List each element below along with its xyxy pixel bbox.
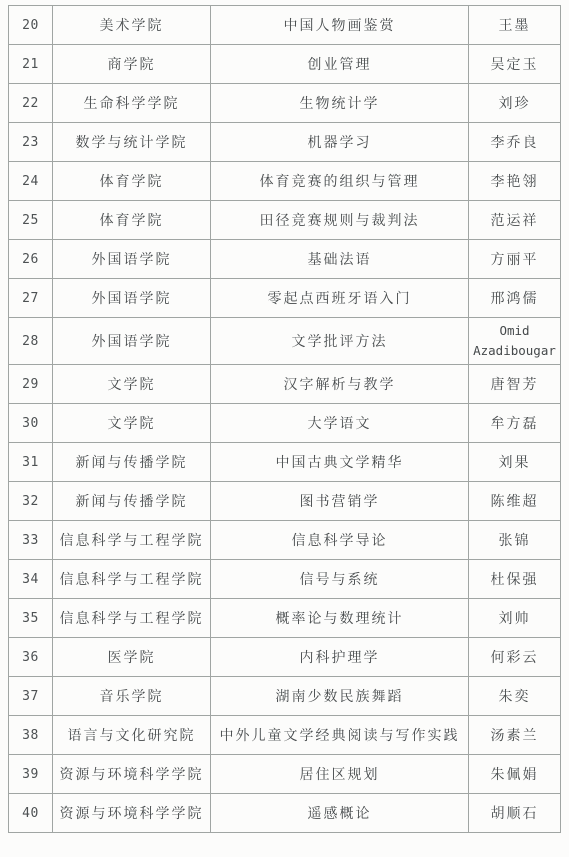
college-cell: 文学院: [53, 365, 211, 404]
row-number-cell: 27: [9, 279, 53, 318]
row-number-cell: 20: [9, 6, 53, 45]
course-cell: 基础法语: [211, 240, 469, 279]
college-cell: 体育学院: [53, 162, 211, 201]
college-cell: 语言与文化研究院: [53, 716, 211, 755]
row-number-cell: 39: [9, 755, 53, 794]
table-row: 20美术学院中国人物画鉴赏王墨: [9, 6, 561, 45]
scanned-page: 20美术学院中国人物画鉴赏王墨21商学院创业管理吴定玉22生命科学学院生物统计学…: [8, 5, 561, 833]
table-row: 40资源与环境科学学院遥感概论胡顺石: [9, 794, 561, 833]
table-row: 23数学与统计学院机器学习李乔良: [9, 123, 561, 162]
college-cell: 医学院: [53, 638, 211, 677]
row-number-cell: 24: [9, 162, 53, 201]
teacher-cell: 范运祥: [469, 201, 561, 240]
teacher-cell: 李乔良: [469, 123, 561, 162]
row-number-cell: 30: [9, 404, 53, 443]
table-row: 25体育学院田径竞赛规则与裁判法范运祥: [9, 201, 561, 240]
course-table: 20美术学院中国人物画鉴赏王墨21商学院创业管理吴定玉22生命科学学院生物统计学…: [8, 5, 561, 833]
table-row: 31新闻与传播学院中国古典文学精华刘果: [9, 443, 561, 482]
row-number-cell: 38: [9, 716, 53, 755]
teacher-cell: 刘果: [469, 443, 561, 482]
course-cell: 中国古典文学精华: [211, 443, 469, 482]
table-row: 39资源与环境科学学院居住区规划朱佩娟: [9, 755, 561, 794]
course-cell: 遥感概论: [211, 794, 469, 833]
row-number-cell: 36: [9, 638, 53, 677]
row-number-cell: 22: [9, 84, 53, 123]
college-cell: 外国语学院: [53, 318, 211, 365]
course-cell: 居住区规划: [211, 755, 469, 794]
row-number-cell: 21: [9, 45, 53, 84]
row-number-cell: 37: [9, 677, 53, 716]
teacher-cell: 方丽平: [469, 240, 561, 279]
teacher-cell: 牟方磊: [469, 404, 561, 443]
table-row: 37音乐学院湖南少数民族舞蹈朱奕: [9, 677, 561, 716]
table-row: 30文学院大学语文牟方磊: [9, 404, 561, 443]
course-cell: 生物统计学: [211, 84, 469, 123]
table-row: 33信息科学与工程学院信息科学导论张锦: [9, 521, 561, 560]
teacher-cell: 李艳翎: [469, 162, 561, 201]
course-cell: 中国人物画鉴赏: [211, 6, 469, 45]
row-number-cell: 26: [9, 240, 53, 279]
college-cell: 资源与环境科学学院: [53, 755, 211, 794]
course-cell: 汉字解析与教学: [211, 365, 469, 404]
teacher-cell: 邢鸿儒: [469, 279, 561, 318]
teacher-cell: 王墨: [469, 6, 561, 45]
course-table-body: 20美术学院中国人物画鉴赏王墨21商学院创业管理吴定玉22生命科学学院生物统计学…: [9, 6, 561, 833]
college-cell: 信息科学与工程学院: [53, 560, 211, 599]
college-cell: 体育学院: [53, 201, 211, 240]
college-cell: 新闻与传播学院: [53, 443, 211, 482]
teacher-cell: 朱奕: [469, 677, 561, 716]
college-cell: 信息科学与工程学院: [53, 521, 211, 560]
course-cell: 中外儿童文学经典阅读与写作实践: [211, 716, 469, 755]
row-number-cell: 29: [9, 365, 53, 404]
teacher-cell: 胡顺石: [469, 794, 561, 833]
course-cell: 湖南少数民族舞蹈: [211, 677, 469, 716]
row-number-cell: 31: [9, 443, 53, 482]
college-cell: 音乐学院: [53, 677, 211, 716]
college-cell: 商学院: [53, 45, 211, 84]
table-row: 24体育学院体育竞赛的组织与管理李艳翎: [9, 162, 561, 201]
course-cell: 概率论与数理统计: [211, 599, 469, 638]
row-number-cell: 28: [9, 318, 53, 365]
course-cell: 信号与系统: [211, 560, 469, 599]
table-row: 28外国语学院文学批评方法Omid Azadibougar: [9, 318, 561, 365]
course-cell: 大学语文: [211, 404, 469, 443]
college-cell: 信息科学与工程学院: [53, 599, 211, 638]
table-row: 35信息科学与工程学院概率论与数理统计刘帅: [9, 599, 561, 638]
teacher-cell: 何彩云: [469, 638, 561, 677]
college-cell: 新闻与传播学院: [53, 482, 211, 521]
college-cell: 文学院: [53, 404, 211, 443]
table-row: 27外国语学院零起点西班牙语入门邢鸿儒: [9, 279, 561, 318]
table-row: 38语言与文化研究院中外儿童文学经典阅读与写作实践汤素兰: [9, 716, 561, 755]
table-row: 21商学院创业管理吴定玉: [9, 45, 561, 84]
teacher-cell: 吴定玉: [469, 45, 561, 84]
row-number-cell: 23: [9, 123, 53, 162]
teacher-cell: 朱佩娟: [469, 755, 561, 794]
teacher-cell: 杜保强: [469, 560, 561, 599]
college-cell: 数学与统计学院: [53, 123, 211, 162]
teacher-cell: 刘珍: [469, 84, 561, 123]
college-cell: 美术学院: [53, 6, 211, 45]
row-number-cell: 33: [9, 521, 53, 560]
college-cell: 外国语学院: [53, 240, 211, 279]
table-row: 32新闻与传播学院图书营销学陈维超: [9, 482, 561, 521]
teacher-cell: 张锦: [469, 521, 561, 560]
college-cell: 生命科学学院: [53, 84, 211, 123]
course-cell: 图书营销学: [211, 482, 469, 521]
course-cell: 田径竞赛规则与裁判法: [211, 201, 469, 240]
table-row: 36医学院内科护理学何彩云: [9, 638, 561, 677]
teacher-cell: 陈维超: [469, 482, 561, 521]
row-number-cell: 40: [9, 794, 53, 833]
row-number-cell: 32: [9, 482, 53, 521]
teacher-cell: 唐智芳: [469, 365, 561, 404]
table-row: 22生命科学学院生物统计学刘珍: [9, 84, 561, 123]
teacher-cell: Omid Azadibougar: [469, 318, 561, 365]
course-cell: 机器学习: [211, 123, 469, 162]
row-number-cell: 35: [9, 599, 53, 638]
course-cell: 创业管理: [211, 45, 469, 84]
table-row: 34信息科学与工程学院信号与系统杜保强: [9, 560, 561, 599]
course-cell: 文学批评方法: [211, 318, 469, 365]
course-cell: 信息科学导论: [211, 521, 469, 560]
teacher-cell: 刘帅: [469, 599, 561, 638]
college-cell: 资源与环境科学学院: [53, 794, 211, 833]
row-number-cell: 34: [9, 560, 53, 599]
teacher-cell: 汤素兰: [469, 716, 561, 755]
course-cell: 零起点西班牙语入门: [211, 279, 469, 318]
course-cell: 体育竞赛的组织与管理: [211, 162, 469, 201]
college-cell: 外国语学院: [53, 279, 211, 318]
table-row: 26外国语学院基础法语方丽平: [9, 240, 561, 279]
course-cell: 内科护理学: [211, 638, 469, 677]
table-row: 29文学院汉字解析与教学唐智芳: [9, 365, 561, 404]
row-number-cell: 25: [9, 201, 53, 240]
